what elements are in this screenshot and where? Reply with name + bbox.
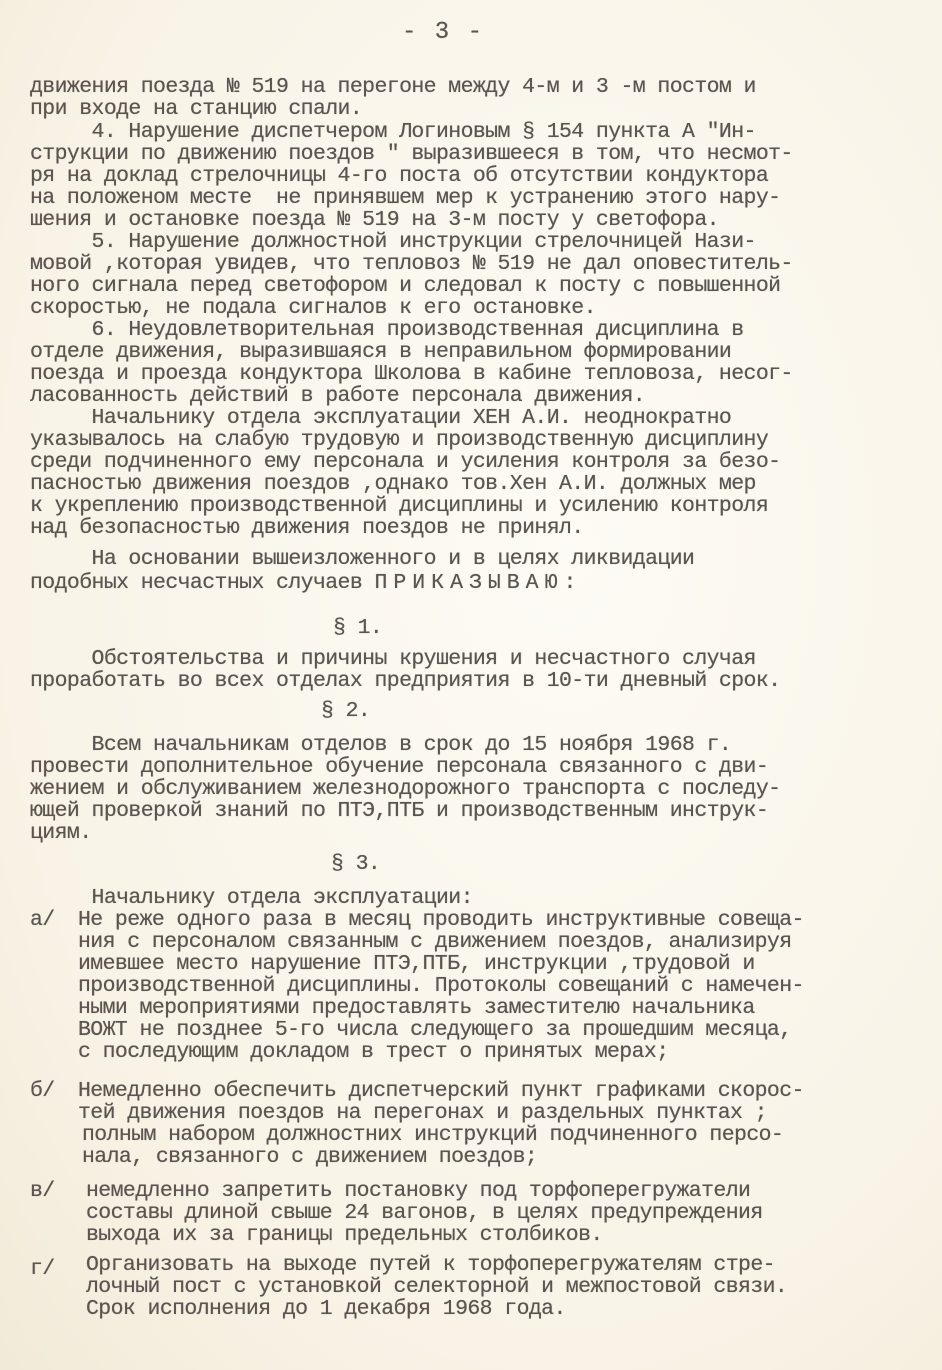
item-6-line: отделе движения, выразившаяся в неправил… bbox=[30, 341, 731, 363]
item-5-line: ного сигнала перед светофором и следовал… bbox=[30, 275, 780, 297]
subitem-v-line: немедленно запретить постановку под торф… bbox=[86, 1180, 750, 1202]
section-1-line: Обстоятельства и причины крушения и несч… bbox=[30, 648, 756, 670]
subitem-a-line: производственной дисциплины. Протоколы с… bbox=[78, 975, 804, 997]
section-heading: § 2. bbox=[321, 700, 370, 722]
section-1-line: проработать во всех отделах предприятия … bbox=[30, 670, 780, 692]
subitem-a-line: ВОЖТ не позднее 5-го числа следующего за… bbox=[78, 1019, 792, 1041]
paragraph-line: к укреплению производственной дисциплины… bbox=[30, 495, 768, 517]
item-4-line: 4. Нарушение диспетчером Логиновым § 154… bbox=[30, 121, 756, 143]
subitem-label: б/ bbox=[30, 1080, 55, 1102]
subitem-label: в/ bbox=[30, 1180, 55, 1202]
item-5-line: мовой ,которая увидев, что тепловоз № 51… bbox=[30, 253, 793, 275]
subitem-a-line: имевшее место нарушение ПТЭ,ПТБ, инструк… bbox=[78, 953, 755, 975]
item-6-line: поезда и проезда кондуктора Школова в ка… bbox=[30, 363, 793, 385]
subitem-a-line: Не реже одного раза в месяц проводить ин… bbox=[78, 909, 804, 931]
section-3-intro: Начальнику отдела эксплуатации: bbox=[30, 887, 473, 909]
item-6-line: 6. Неудовлетворительная производственная… bbox=[30, 319, 744, 341]
paragraph-line: указывалось на слабую трудовую и произво… bbox=[30, 429, 768, 451]
subitem-label: а/ bbox=[30, 909, 55, 931]
order-word: ПРИКАЗЫВАЮ: bbox=[374, 571, 582, 595]
subitem-b-line: полным набором должностних инструкций по… bbox=[82, 1124, 783, 1146]
section-heading: § 3. bbox=[331, 853, 380, 875]
subitem-b-line: тей движения поездов на перегонах и разд… bbox=[78, 1102, 767, 1124]
item-6-line: ласованность действий в работе персонала… bbox=[30, 385, 645, 407]
section-2-line: провести дополнительное обучение персона… bbox=[30, 756, 768, 778]
item-4-line: струкции по движению поездов " выразивше… bbox=[30, 143, 793, 165]
subitem-g-line: лочный пост с установкой селекторной и м… bbox=[86, 1276, 787, 1298]
subitem-label: г/ bbox=[30, 1258, 55, 1280]
conclusion-line: На основании вышеизложенного и в целях л… bbox=[30, 548, 694, 570]
intro-line: при входе на станцию спали. bbox=[30, 98, 362, 120]
subitem-a-line: ными мероприятиями предоставлять замести… bbox=[78, 997, 755, 1019]
item-5-line: скоростью, не подала сигналов к его оста… bbox=[30, 297, 596, 319]
subitem-g-line: Срок исполнения до 1 декабря 1968 года. bbox=[86, 1298, 566, 1320]
subitem-b-line: Немедленно обеспечить диспетчерский пунк… bbox=[78, 1080, 804, 1102]
section-2-line: циям. bbox=[30, 822, 92, 844]
subitem-g-line: Организовать на выходе путей к торфопере… bbox=[86, 1254, 775, 1276]
conclusion-text: подобных несчастных случаев bbox=[30, 571, 374, 595]
subitem-b-line: нала, связанного с движением поездов; bbox=[82, 1146, 537, 1168]
item-4-line: шения и остановке поезда № 519 на 3-м по… bbox=[30, 209, 719, 231]
section-2-line: Всем начальникам отделов в срок до 15 но… bbox=[30, 734, 731, 756]
subitem-v-line: составы длиной свыше 24 вагонов, в целях… bbox=[86, 1202, 763, 1224]
paragraph-line: над безопасностью движения поездов не пр… bbox=[30, 517, 584, 539]
paragraph-line: Начальнику отдела эксплуатации ХЕН А.И. … bbox=[30, 407, 731, 429]
subitem-v-line: выхода их за границы предельных столбико… bbox=[86, 1224, 603, 1246]
subitem-a-line: с последующим докладом в трест о приняты… bbox=[78, 1041, 669, 1063]
item-4-line: ря на доклад стрелочницы 4-го поста об о… bbox=[30, 165, 768, 187]
paragraph-line: пасностью движения поездов ,однако тов.Х… bbox=[30, 473, 756, 495]
paragraph-line: среди подчиненного ему персонала и усиле… bbox=[30, 451, 780, 473]
section-heading: § 1. bbox=[333, 617, 382, 639]
subitem-a-line: ния с персоналом связанным с движением п… bbox=[78, 931, 792, 953]
intro-line: движения поезда № 519 на перегоне между … bbox=[30, 76, 756, 98]
conclusion-line: подобных несчастных случаев ПРИКАЗЫВАЮ: bbox=[30, 572, 582, 594]
section-2-line: жением и обслуживанием железнодорожного … bbox=[30, 778, 780, 800]
item-4-line: на положеном месте не принявшем мер к ус… bbox=[30, 187, 780, 209]
item-5-line: 5. Нарушение должностной инструкции стре… bbox=[30, 231, 756, 253]
section-2-line: ющей проверкой знаний по ПТЭ,ПТБ и произ… bbox=[30, 800, 768, 822]
document-page: - 3 - движения поезда № 519 на перегоне … bbox=[0, 0, 942, 1370]
page-number: - 3 - bbox=[402, 22, 484, 44]
